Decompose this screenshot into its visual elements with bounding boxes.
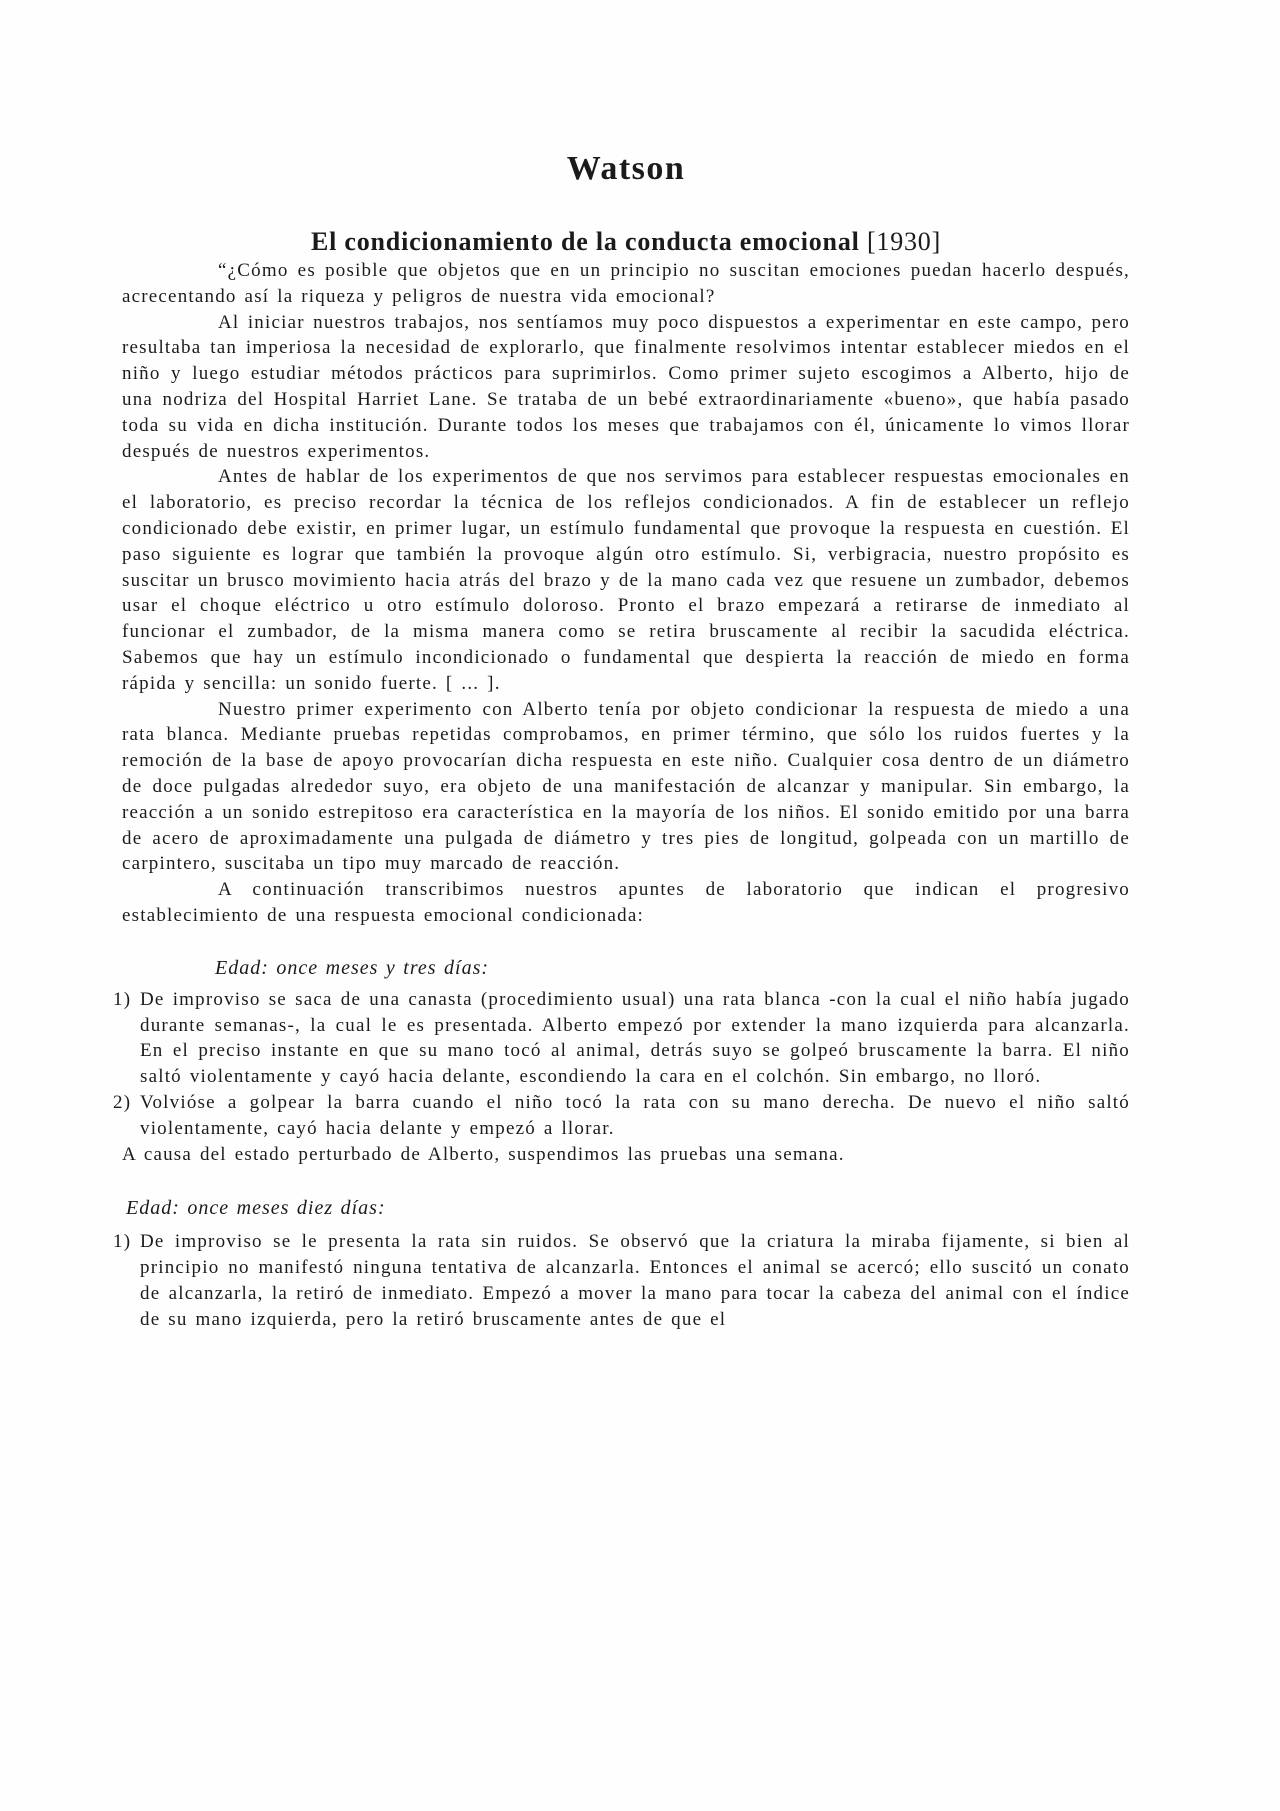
observation-list-1: 1) De improviso se saca de una canasta (… [113, 987, 1130, 1142]
document-subtitle: El condicionamiento de la conducta emoci… [122, 226, 1130, 258]
list-item-marker: 1) [113, 987, 140, 1090]
subtitle-year: [1930] [860, 227, 941, 256]
list-item-marker: 2) [113, 1090, 140, 1142]
list-item: 1) De improviso se le presenta la rata s… [113, 1229, 1130, 1332]
paragraph-first-experiment: Nuestro primer experimento con Alberto t… [122, 697, 1130, 878]
list-item-text: De improviso se saca de una canasta (pro… [140, 987, 1130, 1090]
paragraph-conditioning-technique: Antes de hablar de los experimentos de q… [122, 464, 1130, 696]
document-content: Watson El condicionamiento de la conduct… [122, 150, 1130, 1332]
list-item-text: De improviso se le presenta la rata sin … [140, 1229, 1130, 1332]
paragraph-lab-notes-intro: A continuación transcribimos nuestros ap… [122, 877, 1130, 929]
document-page: Watson El condicionamiento de la conduct… [0, 0, 1280, 1811]
subtitle-main: El condicionamiento de la conducta emoci… [311, 227, 860, 256]
paragraph-quote: “¿Cómo es posible que objetos que en un … [122, 258, 1130, 310]
document-title: Watson [122, 150, 1130, 188]
paragraph-experiment-intro: Al iniciar nuestros trabajos, nos sentía… [122, 310, 1130, 465]
paragraph-suspension: A causa del estado perturbado de Alberto… [122, 1142, 1130, 1168]
list-item: 2) Volvióse a golpear la barra cuando el… [113, 1090, 1130, 1142]
observation-list-2: 1) De improviso se le presenta la rata s… [113, 1229, 1130, 1332]
list-item-marker: 1) [113, 1229, 140, 1332]
age-heading-1: Edad: once meses y tres días: [215, 955, 1130, 981]
list-item: 1) De improviso se saca de una canasta (… [113, 987, 1130, 1090]
age-heading-2: Edad: once meses diez días: [126, 1195, 1130, 1221]
list-item-text: Volvióse a golpear la barra cuando el ni… [140, 1090, 1130, 1142]
